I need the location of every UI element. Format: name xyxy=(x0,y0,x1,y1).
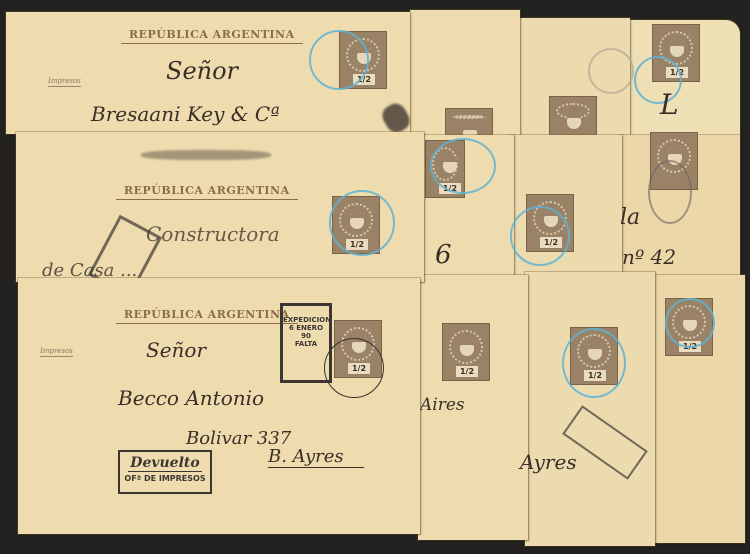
wrapper-bottom-left: REPÚBLICA ARGENTINA Impresos Señor Becco… xyxy=(18,278,420,534)
handwriting-mid-right-2: nº 42 xyxy=(622,245,676,269)
ink-smear xyxy=(141,150,271,160)
wrapper-header: REPÚBLICA ARGENTINA xyxy=(116,184,298,200)
returned-stamp-line1: Devuelto xyxy=(128,455,202,472)
blue-postmark-bottom-center xyxy=(562,328,626,398)
stamp-top-mid xyxy=(549,96,597,136)
handwriting-mid-center: 6 xyxy=(435,240,452,270)
addressee-city: B. Ayres xyxy=(268,446,364,468)
wrapper-header: REPÚBLICA ARGENTINA xyxy=(121,28,303,44)
addressee-salutation: Señor xyxy=(166,57,238,85)
handwriting-top-right: L xyxy=(660,88,679,121)
stamp-top-left-back xyxy=(445,108,493,136)
faint-postmark-top-mid xyxy=(588,48,634,94)
addressee-name: Bresaani Key & Cª xyxy=(91,102,280,126)
impresos-label: Impresos xyxy=(40,347,73,357)
box-cancel-line: EXPEDICION xyxy=(283,316,329,324)
handwriting-bottom-center: Aires xyxy=(420,395,465,415)
photo-scene: 1/2 L 1/2 1/2 la nº 42 6 1/2 1/2 1/2 Air… xyxy=(0,0,750,554)
blue-postmark-bottom-right xyxy=(665,298,715,348)
impresos-label: Impresos xyxy=(48,77,81,87)
black-postmark xyxy=(324,338,384,398)
blue-postmark-mid-left-back xyxy=(430,138,496,194)
blue-postmark xyxy=(329,190,395,256)
blue-postmark xyxy=(309,30,369,90)
box-cancel-line: FALTA xyxy=(283,340,329,348)
wrapper-top-left: REPÚBLICA ARGENTINA Impresos Señor Bresa… xyxy=(6,12,410,134)
returned-stamp-line2: OFª DE IMPRESOS xyxy=(120,474,210,483)
grey-postmark-mid-right xyxy=(648,160,692,224)
wrapper-bottom-center xyxy=(525,272,655,546)
wrapper-header: REPÚBLICA ARGENTINA xyxy=(116,308,298,324)
stamp-bottom-left-back: 1/2 xyxy=(442,323,490,381)
addressee-name: Becco Antonio xyxy=(118,386,264,410)
handwriting-bottom-right: Ayres xyxy=(520,450,577,474)
box-cancel-line: 6 ENERO 90 xyxy=(283,324,329,340)
wrapper-middle-left: REPÚBLICA ARGENTINA Constructora de Casa… xyxy=(16,132,424,282)
returned-stamp: Devuelto OFª DE IMPRESOS xyxy=(118,450,212,494)
ink-mark xyxy=(379,100,414,136)
addressee-salutation: Señor xyxy=(146,338,206,362)
handwriting-mid-right-1: la xyxy=(620,205,640,230)
blue-postmark-mid-center xyxy=(510,206,570,266)
addressee-line-1: Constructora xyxy=(146,222,280,246)
